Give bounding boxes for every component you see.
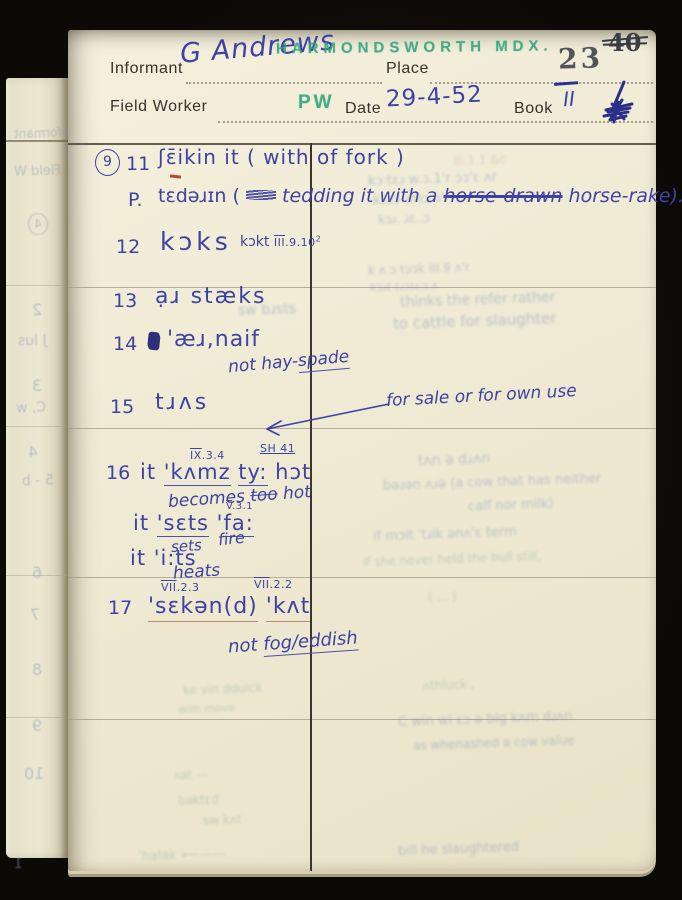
section-number: .2.3 (177, 581, 200, 594)
mirrored-text: 9 (32, 716, 43, 735)
ghost-line: k ʌ ɔ tɔɔk III.9 ʌ'r (368, 260, 470, 278)
entry-number: 15 (110, 396, 134, 418)
ghost-line: ke vin dduick (183, 681, 263, 698)
ghost-line: III.1.1 &c (453, 152, 507, 168)
tedding-note: tɛdəɹɪn ( tedding it with a horse-drawn … (158, 185, 682, 207)
marginal-note: for sale or for own use (386, 381, 578, 411)
underlined-word: spade (297, 347, 350, 373)
ink-scribble (584, 64, 652, 126)
ghost-line: ( ... ) (428, 590, 457, 605)
center-column-rule (310, 143, 312, 871)
struck-gloss-word: too (250, 484, 279, 506)
ghost-line: bəktɛd (178, 792, 219, 807)
phonetic-transcription: ạɹ stæks (155, 284, 266, 309)
underlined-word: fog/eddish (263, 627, 359, 657)
ghost-line: 'halak ⟵—— (138, 846, 226, 864)
place-label: Place (386, 60, 429, 78)
gloss-note: not fog/eddish (227, 627, 358, 657)
ghost-line: if mɔit 'tɹik ənʌ'ɛ term (373, 524, 517, 544)
phonetic-transcription: 'sɛkən(d) 'kʌt (148, 594, 310, 619)
ghost-line: sw kʌt (203, 812, 242, 827)
ghost-line: ʌthluck , (423, 677, 475, 693)
ghost-line: ʌat — (173, 767, 208, 782)
mirrored-text: 6 (32, 563, 43, 582)
underlined-phonetic: ty: (238, 460, 267, 486)
date-value: 29-4-52 (385, 81, 483, 112)
mirrored-text: Informant (14, 125, 73, 141)
book-reference: VII.2.3 (161, 581, 200, 594)
field-worker-label: Field Worker (110, 98, 208, 116)
mirrored-text: 3 (32, 376, 43, 395)
mirrored-text: 2 (32, 300, 43, 319)
mirrored-text: 1 (14, 856, 23, 872)
underlined-phonetic: 'sɛts (157, 511, 209, 537)
book-label: Book (514, 100, 553, 118)
gloss-text: not (227, 634, 264, 657)
scanned-notebook-photo: InformantField W42J lus3C, w45 - b678910… (0, 0, 682, 900)
ruled-line (68, 577, 656, 578)
underlined-phonetic: 'kʌt (266, 594, 310, 622)
section-number: .2.2 (270, 578, 293, 591)
book-reference: SH 41 (260, 442, 295, 455)
mirrored-text: C, w (16, 399, 47, 416)
reference-superscript: 2 (316, 234, 322, 243)
phonetic-part: kɔkt (240, 234, 269, 250)
place-stamp: HARMONDSWORTH MDX. (276, 38, 553, 58)
scribbled-out-word (246, 190, 276, 200)
phonetic-line: 'æɹ,naif (148, 327, 260, 352)
phonetic-part: hɔt (268, 460, 312, 484)
roman-numeral: VII (161, 581, 177, 594)
underlined-phonetic: 'kʌmz (164, 460, 231, 486)
notebook-page: Informant G Andrews HARMONDSWORTH MDX. P… (68, 30, 656, 871)
ink-blot (147, 331, 160, 348)
gloss-text: not hay- (227, 351, 299, 377)
mirrored-text: 7 (30, 605, 41, 624)
phonetic-transcription: it 'kʌmz ty: hɔt (140, 460, 311, 484)
entry-number: 17 (108, 597, 132, 619)
informant-label: Informant (110, 60, 183, 78)
underlined-phonetic: 'sɛkən(d) (148, 594, 258, 622)
dotted-rule (186, 82, 382, 84)
ghost-line: bill he slaughtered (398, 840, 520, 859)
mirrored-text: 5 - b (22, 472, 54, 489)
ghost-line: bəɹən ʌɹə (a cow that has neither (383, 471, 602, 494)
cursive-part: horse-rake). (563, 185, 682, 207)
annotation-arrow (251, 398, 393, 438)
ghost-line: calf nor milk) (468, 497, 554, 515)
entry-number: 16 (106, 462, 130, 484)
mirrored-text: J lus (18, 333, 47, 350)
field-worker-initials-stamp: PW (298, 92, 335, 114)
phonetic-transcription: tɹʌs (155, 390, 209, 415)
date-label: Date (345, 100, 381, 118)
ghost-line: tʌn ə dɹʌn (418, 451, 491, 470)
ghost-line: as whenashed a cow value (413, 733, 575, 753)
phonetic-transcription: ʃɛ̄ikin it ( with of fork ) (158, 145, 405, 169)
entry-number: 11 (126, 153, 150, 175)
previous-page-edge: InformantField W42J lus3C, w45 - b678910… (6, 78, 68, 858)
entry-number: 13 (113, 290, 137, 312)
ruled-line (6, 285, 68, 286)
ghost-line: kɔɹ. ɹɛ..ɔ (378, 211, 430, 227)
phonetic-part: it (133, 511, 157, 535)
book-reference: VII.2.2 (254, 578, 293, 591)
note-prefix: P. (128, 189, 143, 211)
dotted-rule (218, 121, 653, 123)
struck-out-word: horse-drawn (443, 185, 562, 207)
mirrored-text: Field W (14, 163, 61, 180)
mirrored-text: 4 (28, 213, 49, 236)
ruled-line (6, 426, 68, 427)
ghost-line: to cattle for slaughter (393, 309, 557, 333)
book-reference: III (274, 236, 285, 249)
ghost-line: thinks the refer rather (400, 289, 556, 310)
mirrored-text: 10 (24, 764, 45, 784)
ghost-line: if she never held the bull still, (363, 549, 542, 569)
phonetic-transcription: 'æɹ,naif (167, 327, 260, 352)
phonetic-part: tɛdəɹɪn ( (158, 185, 240, 207)
cursive-part: tedding it with a (282, 185, 443, 207)
book-number: II (554, 81, 580, 112)
phonetic-transcription: kɔks (160, 227, 232, 256)
section-reference: .9.10 (285, 236, 316, 249)
mirrored-text: 8 (32, 660, 43, 679)
roman-numeral: VII (254, 578, 270, 591)
reference-annotation: kɔkt III.9.102 (240, 234, 321, 250)
phonetic-part: it (140, 460, 164, 484)
ghost-line: wim move (178, 701, 235, 716)
gloss-text: hot (277, 482, 312, 504)
ruled-line (68, 719, 656, 720)
circled-mark: 9 (95, 149, 120, 176)
entry-number: 14 (113, 333, 137, 355)
red-correction-mark (170, 174, 181, 178)
gloss-note: fire (217, 528, 246, 550)
entry-number: 12 (116, 236, 140, 258)
mirrored-text: 4 (28, 443, 38, 461)
